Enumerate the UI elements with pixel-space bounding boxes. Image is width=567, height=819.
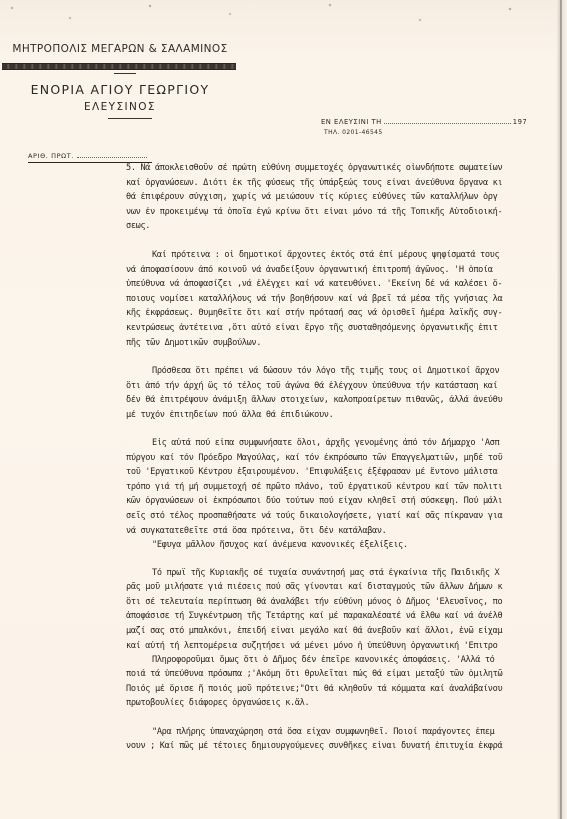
text-line: ἀποφάσισε τή Συγκέντρωση τῆς Τετάρτης κα… bbox=[126, 611, 558, 621]
text-line: κῆς ἐκφράσεως. Θυμηθεῖτε ὅτι καί στήν πρ… bbox=[126, 308, 558, 318]
text-line: νουν ; Καί πῶς μέ τέτοιες δημιουργούμενε… bbox=[126, 741, 558, 751]
text-line: Καί πρότεινα : οἱ δημοτικοί ἄρχοντες ἐκτ… bbox=[152, 250, 558, 260]
date-blank bbox=[384, 117, 511, 124]
page-edge bbox=[557, 0, 567, 819]
text-line: τρόπο γιά τή μή συμμετοχή σέ πρῶτο πλάνο… bbox=[126, 482, 558, 492]
text-line: σεως. bbox=[126, 221, 558, 231]
letterhead-diocese: ΜΗΤΡΟΠΟΛΙΣ ΜΕΓΑΡΩΝ & ΣΑΛΑΜΙΝΟΣ bbox=[0, 43, 240, 55]
protocol-label: ΑΡΙΘ. ΠΡΩΤ. bbox=[28, 152, 74, 160]
letterhead-parish: ΕΝΟΡΙΑ ΑΓΙΟΥ ΓΕΩΡΓΙΟΥ bbox=[0, 82, 240, 97]
text-line: ρᾶς μοῦ μιλήσατε γιά πιέσεις πού σᾶς γίν… bbox=[126, 582, 558, 592]
text-line: πῆς τῶν Δημοτικῶν συμβούλων. bbox=[126, 338, 558, 348]
letterhead-ornamental-bar bbox=[2, 63, 236, 70]
year-suffix: 197 bbox=[513, 118, 527, 126]
text-line: Εἰς αὐτά πού εἶπα συμφωνήσατε ὅλοι, ἀρχῆ… bbox=[152, 438, 558, 448]
text-line: ὅτι σέ τελευταία περίπτωση θά ἀναλάβει τ… bbox=[126, 597, 558, 607]
telephone-number: ΤΗΛ. 0201-46545 bbox=[324, 129, 383, 136]
letterhead-divider bbox=[108, 118, 152, 119]
text-line: μαζί σας στό μπαλκόνι, ἐπειδή εἶναι μεγά… bbox=[126, 626, 558, 636]
text-line: κῶν ὀργανώσεων οἱ ἐκπρόσωποι δύο τούτων … bbox=[126, 496, 558, 506]
place-date-label: ΕΝ ΕΛΕΥΣΙΝΙ ΤΗ bbox=[321, 118, 382, 126]
text-line: ὅτι ἀπό τήν ἀρχή ὥς τό τέλος τοῦ ἀγώνα θ… bbox=[126, 381, 558, 391]
text-line: νων ἐν προκειμένῳ τά ὁποῖα ἐγώ κρίνω ὅτι… bbox=[126, 207, 558, 217]
letterhead-city: ΕΛΕΥΣΙΝΟΣ bbox=[0, 101, 240, 113]
text-line: δέν θά ἐπιτρέψουν ἀνάμιξη ἄλλων στοιχείω… bbox=[126, 395, 558, 405]
text-line: μέ τυχόν ἐπιτηδείων πού ἄλλα θά ἐπιδιώκο… bbox=[126, 410, 558, 420]
text-line: τοῦ 'Εργατικοῦ Κέντρου ἐξαιρουμένου. 'Επ… bbox=[126, 467, 558, 477]
text-line: πρωτοβουλίες διάφορες ὀργανώσεις κ.ἄλ. bbox=[126, 698, 558, 708]
text-line: "Εφυγα μᾶλλον ἥσυχος καί ἀνέμενα κανονικ… bbox=[152, 540, 558, 550]
text-line: ποιους νομίσει καταλλήλους νά τήν βοηθήσ… bbox=[126, 294, 558, 304]
text-line: ὑπεύθυνα νά ἀποφασίζει ,νά ἐλέγχει καί ν… bbox=[126, 279, 558, 289]
text-line: νά συγκατατεθεῖτε στά ὅσα πρότεινα, ὅτι … bbox=[126, 526, 558, 536]
protocol-number-field: ΑΡΙΘ. ΠΡΩΤ. bbox=[28, 151, 147, 160]
text-line: καί ὀργανώσεων. Διότι ἐκ τῆς φύσεως τῆς … bbox=[126, 178, 558, 188]
protocol-blank bbox=[77, 151, 147, 158]
text-line: θά ἐπιφέρουν σύγχιση, χωρίς νά μειώσουν … bbox=[126, 192, 558, 202]
text-line: Τό πρωΐ τῆς Κυριακῆς σέ τυχαία συνάντησή… bbox=[152, 568, 558, 578]
text-line: καί αὐτή τή λεπτομέρεια συζητήσει νά μέν… bbox=[126, 641, 558, 651]
text-line: Ποιός μέ ὅρισε ἤ ποιός μοῦ πρότεινε;"Οτι… bbox=[126, 684, 558, 694]
text-line: σεῖς στό τέλος προσπαθήσατε νά τούς δικα… bbox=[126, 511, 558, 521]
text-line: "Αρα πλήρης ὑπαναχώρηση στά ὅσα εἶχαν συ… bbox=[152, 727, 558, 737]
scan-noise bbox=[0, 0, 557, 34]
text-line: ποιά τά ὑπεύθυνα πρόσωπα ;'Ακόμη ὅτι θρυ… bbox=[126, 669, 558, 679]
letterhead-divider bbox=[114, 73, 136, 74]
text-line: κεντρώσεως ἀντέτεινα ,ὅτι αὐτό εἶναι ἔργ… bbox=[126, 323, 558, 333]
text-line: Πληροφοροῦμαι ὅμως ὅτι ὁ Δῆμος δέν ἐπεῖρ… bbox=[152, 655, 558, 665]
text-line: Πρόσθεσα ὅτι πρέπει νά δώσουν τόν λόγο τ… bbox=[152, 366, 558, 376]
document-page: ΜΗΤΡΟΠΟΛΙΣ ΜΕΓΑΡΩΝ & ΣΑΛΑΜΙΝΟΣ ΕΝΟΡΙΑ ΑΓ… bbox=[0, 0, 567, 819]
text-line: πύργου καί τόν Πρόεδρο Μαγούλας, καί τόν… bbox=[126, 453, 558, 463]
text-line: 5. Νά άποκλεισθοῦν σέ πρώτη εὐθύνη συμμε… bbox=[126, 163, 558, 173]
text-line: νά ἀποφασίσουν ἀπό κοινοῦ νά ἀναδείξουν … bbox=[126, 265, 558, 275]
place-date-field: ΕΝ ΕΛΕΥΣΙΝΙ ΤΗ197 bbox=[321, 117, 527, 126]
